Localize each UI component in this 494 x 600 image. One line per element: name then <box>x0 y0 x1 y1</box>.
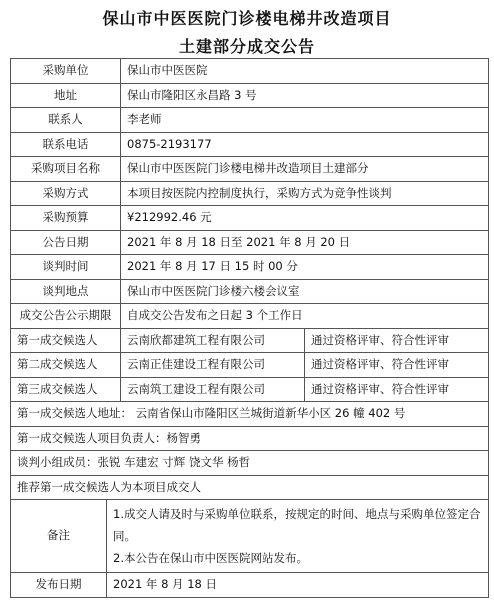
label-publicity-period: 成交公告公示期限 <box>11 304 121 329</box>
recommendation: 推荐第一成交候选人为本项目成交人 <box>11 475 489 500</box>
label-negotiation-place: 谈判地点 <box>11 279 121 304</box>
value-address: 保山市隆阳区永昌路 3 号 <box>121 83 489 108</box>
note-item-1: 1.成交人请及时与采购单位联系，按规定的时间、地点与采购单位签定合同。 <box>113 503 482 547</box>
row-purchaser: 采购单位保山市中医医院 <box>11 59 489 84</box>
candidate-company: 云南欣都建筑工程有限公司 <box>121 328 305 353</box>
candidate-result: 通过资格评审、符合性评审 <box>305 328 489 353</box>
candidate-result: 通过资格评审、符合性评审 <box>305 377 489 402</box>
row-budget: 采购预算¥212992.46 元 <box>11 206 489 231</box>
label-announce-date: 公告日期 <box>11 230 121 255</box>
value-budget: ¥212992.46 元 <box>121 206 489 231</box>
label-project-name: 采购项目名称 <box>11 157 121 182</box>
announcement-title-line1: 保山市中医医院门诊楼电梯井改造项目 <box>0 6 494 29</box>
winner-address: 第一成交候选人地址： 云南省保山市隆阳区兰城街道新华小区 26 幢 402 号 <box>11 402 489 427</box>
negotiation-panel-members: 谈判小组成员：张锐 车建宏 寸辉 饶文华 杨哲 <box>11 451 489 476</box>
value-phone: 0875-2193177 <box>121 132 489 157</box>
label-notes: 备注 <box>11 500 107 573</box>
value-method: 本项目按医院内控制度执行，采购方式为竞争性谈判 <box>121 181 489 206</box>
value-publicity-period: 自成交公告发布之日起 3 个工作日 <box>121 304 489 329</box>
row-announce-date: 公告日期2021 年 8 月 18 日至 2021 年 8 月 20 日 <box>11 230 489 255</box>
value-contact: 李老师 <box>121 108 489 133</box>
value-negotiation-time: 2021 年 8 月 17 日 15 时 00 分 <box>121 255 489 280</box>
label-budget: 采购预算 <box>11 206 121 231</box>
row-contact: 联系人李老师 <box>11 108 489 133</box>
candidate-row-2: 第二成交候选人云南正佳建设工程有限公司通过资格评审、符合性评审 <box>11 353 489 378</box>
row-address: 地址保山市隆阳区永昌路 3 号 <box>11 83 489 108</box>
row-project-name: 采购项目名称保山市中医医院门诊楼电梯井改造项目土建部分 <box>11 157 489 182</box>
row-publish-date: 发布日期2021 年 8 月 18 日 <box>11 573 489 598</box>
candidate-rank: 第三成交候选人 <box>11 377 121 402</box>
label-publish-date: 发布日期 <box>11 573 107 598</box>
candidate-row-1: 第一成交候选人云南欣都建筑工程有限公司通过资格评审、符合性评审 <box>11 328 489 353</box>
row-panel-members: 谈判小组成员：张锐 车建宏 寸辉 饶文华 杨哲 <box>11 451 489 476</box>
announcement-table: 采购单位保山市中医医院 地址保山市隆阳区永昌路 3 号 联系人李老师 联系电话0… <box>10 58 489 598</box>
row-notes: 备注 1.成交人请及时与采购单位联系，按规定的时间、地点与采购单位签定合同。 2… <box>11 500 489 573</box>
label-negotiation-time: 谈判时间 <box>11 255 121 280</box>
label-method: 采购方式 <box>11 181 121 206</box>
candidate-rank: 第一成交候选人 <box>11 328 121 353</box>
notes-content: 1.成交人请及时与采购单位联系，按规定的时间、地点与采购单位签定合同。 2.本公… <box>107 500 489 573</box>
candidate-row-3: 第三成交候选人云南筑工建设工程有限公司通过资格评审、符合性评审 <box>11 377 489 402</box>
value-purchaser: 保山市中医医院 <box>121 59 489 84</box>
value-announce-date: 2021 年 8 月 18 日至 2021 年 8 月 20 日 <box>121 230 489 255</box>
candidate-company: 云南正佳建设工程有限公司 <box>121 353 305 378</box>
candidate-rank: 第二成交候选人 <box>11 353 121 378</box>
note-item-2: 2.本公告在保山市中医医院网站发布。 <box>113 547 482 569</box>
candidate-result: 通过资格评审、符合性评审 <box>305 353 489 378</box>
row-recommendation: 推荐第一成交候选人为本项目成交人 <box>11 475 489 500</box>
value-project-name: 保山市中医医院门诊楼电梯井改造项目土建部分 <box>121 157 489 182</box>
announcement-title-line2: 土建部分成交公告 <box>0 34 494 57</box>
row-negotiation-time: 谈判时间2021 年 8 月 17 日 15 时 00 分 <box>11 255 489 280</box>
label-phone: 联系电话 <box>11 132 121 157</box>
row-method: 采购方式本项目按医院内控制度执行，采购方式为竞争性谈判 <box>11 181 489 206</box>
row-phone: 联系电话0875-2193177 <box>11 132 489 157</box>
label-contact: 联系人 <box>11 108 121 133</box>
row-winner-manager: 第一成交候选人项目负责人：杨智勇 <box>11 426 489 451</box>
value-negotiation-place: 保山市中医医院门诊楼六楼会议室 <box>121 279 489 304</box>
row-publicity-period: 成交公告公示期限自成交公告发布之日起 3 个工作日 <box>11 304 489 329</box>
row-negotiation-place: 谈判地点保山市中医医院门诊楼六楼会议室 <box>11 279 489 304</box>
label-purchaser: 采购单位 <box>11 59 121 84</box>
row-winner-address: 第一成交候选人地址： 云南省保山市隆阳区兰城街道新华小区 26 幢 402 号 <box>11 402 489 427</box>
label-address: 地址 <box>11 83 121 108</box>
winner-project-manager: 第一成交候选人项目负责人：杨智勇 <box>11 426 489 451</box>
candidate-company: 云南筑工建设工程有限公司 <box>121 377 305 402</box>
value-publish-date: 2021 年 8 月 18 日 <box>107 573 489 598</box>
